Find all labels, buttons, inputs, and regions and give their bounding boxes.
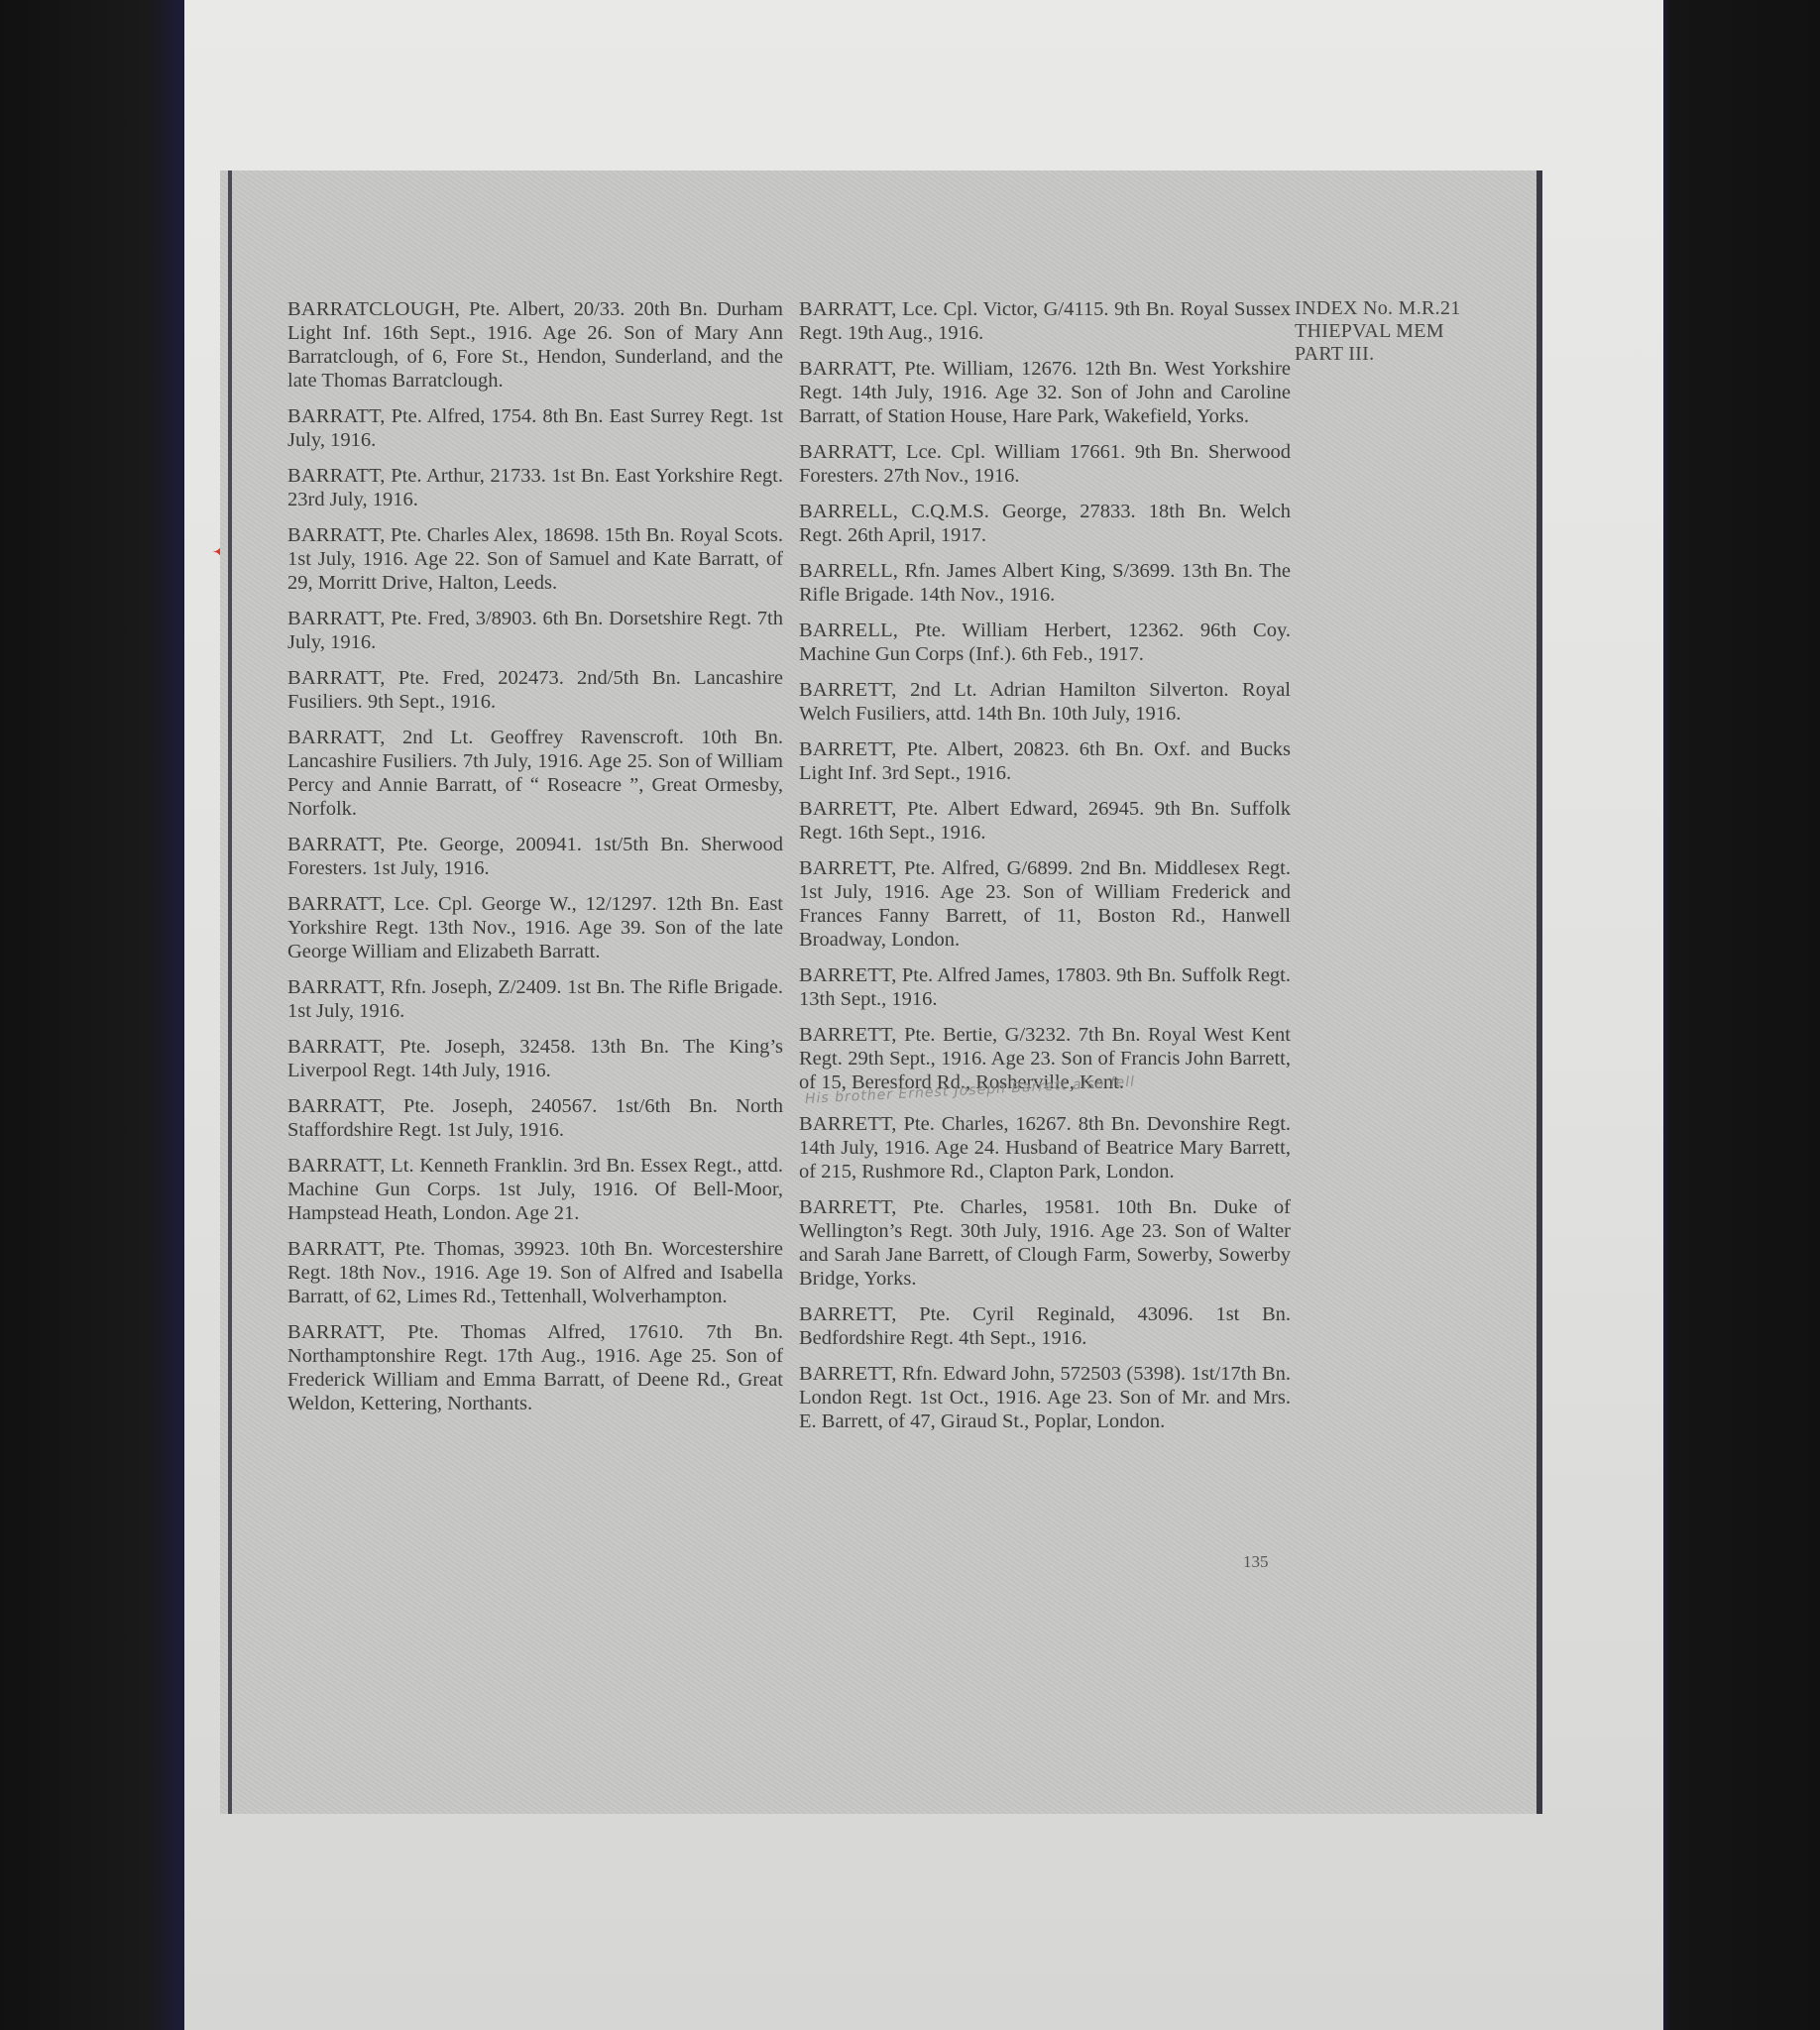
dark-background-right — [1661, 0, 1820, 2030]
dark-background-left — [0, 0, 184, 2030]
register-entry: BARRATT, Pte. Joseph, 32458. 13th Bn. Th… — [287, 1035, 783, 1082]
register-entry: BARRATT, Pte. Fred, 202473. 2nd/5th Bn. … — [287, 666, 783, 714]
entry-surname: BARRETT, — [799, 857, 897, 879]
register-entry: BARRATT, 2nd Lt. Geoffrey Ravenscroft. 1… — [287, 726, 783, 821]
entry-surname: BARRETT, — [799, 798, 897, 820]
register-entry: BARRATT, Pte. George, 200941. 1st/5th Bn… — [287, 833, 783, 880]
entry-surname: BARRETT, — [799, 1024, 897, 1046]
entry-surname: BARRATT, — [287, 1321, 386, 1343]
register-entry: BARRELL, C.Q.M.S. George, 27833. 18th Bn… — [799, 500, 1291, 547]
entry-surname: BARRATCLOUGH, — [287, 298, 460, 320]
register-column-right: BARRATT, Lce. Cpl. Victor, G/4115. 9th B… — [799, 297, 1291, 1445]
register-entry: BARRELL, Pte. William Herbert, 12362. 96… — [799, 619, 1291, 666]
memorial-name: THIEPVAL MEM — [1295, 320, 1493, 343]
entry-surname: BARRATT, — [287, 1095, 386, 1117]
photocopy-right-border — [1536, 170, 1542, 1814]
photocopy-left-border — [228, 170, 232, 1814]
part-number: PART III. — [1295, 343, 1493, 366]
register-entry: BARRETT, Pte. Albert Edward, 26945. 9th … — [799, 797, 1291, 845]
entry-surname: BARRATT, — [287, 524, 386, 546]
entry-surname: BARRATT, — [799, 441, 897, 463]
register-entry: BARRETT, Pte. Charles, 16267. 8th Bn. De… — [799, 1112, 1291, 1184]
entry-surname: BARRETT, — [799, 738, 897, 760]
register-entry: BARRATT, Pte. Charles Alex, 18698. 15th … — [287, 523, 783, 595]
register-entry: BARRATT, Lt. Kenneth Franklin. 3rd Bn. E… — [287, 1154, 783, 1225]
entry-surname: BARRETT, — [799, 1363, 897, 1385]
entry-surname: BARRETT, — [799, 1113, 897, 1135]
entry-surname: BARRATT, — [799, 298, 897, 320]
register-entry: BARRETT, Rfn. Edward John, 572503 (5398)… — [799, 1362, 1291, 1433]
entry-surname: BARRETT, — [799, 1303, 897, 1325]
entry-surname: BARRATT, — [287, 976, 386, 998]
register-entry: BARRATT, Rfn. Joseph, Z/2409. 1st Bn. Th… — [287, 975, 783, 1023]
register-entry: BARRATT, Pte. William, 12676. 12th Bn. W… — [799, 357, 1291, 428]
register-entry: BARRATT, Pte. Thomas Alfred, 17610. 7th … — [287, 1320, 783, 1415]
register-entry: BARRATT, Lce. Cpl. William 17661. 9th Bn… — [799, 440, 1291, 488]
register-entry: BARRATT, Pte. Arthur, 21733. 1st Bn. Eas… — [287, 464, 783, 511]
register-entry: BARRETT, Pte. Alfred James, 17803. 9th B… — [799, 963, 1291, 1011]
entry-surname: BARRATT, — [287, 1238, 386, 1260]
register-entry: BARRETT, Pte. Alfred, G/6899. 2nd Bn. Mi… — [799, 856, 1291, 952]
entry-surname: BARRATT, — [287, 405, 386, 427]
entry-surname: BARRATT, — [287, 1155, 386, 1177]
register-entry: BARRELL, Rfn. James Albert King, S/3699.… — [799, 559, 1291, 607]
register-entry: BARRATCLOUGH, Pte. Albert, 20/33. 20th B… — [287, 297, 783, 393]
register-entry: BARRETT, Pte. Charles, 19581. 10th Bn. D… — [799, 1195, 1291, 1291]
entry-surname: BARRELL, — [799, 501, 898, 522]
index-number: INDEX No. M.R.21 — [1295, 297, 1493, 320]
entry-surname: BARRATT, — [287, 667, 386, 689]
entry-surname: BARRETT, — [799, 964, 897, 986]
entry-surname: BARRATT, — [287, 834, 386, 855]
index-header: INDEX No. M.R.21 THIEPVAL MEM PART III. — [1295, 297, 1493, 366]
register-column-left: BARRATCLOUGH, Pte. Albert, 20/33. 20th B… — [287, 297, 783, 1427]
entry-surname: BARRELL, — [799, 560, 898, 582]
entry-surname: BARRATT, — [287, 727, 386, 748]
entry-surname: BARRATT, — [287, 465, 386, 487]
memorial-register-page: BARRATCLOUGH, Pte. Albert, 20/33. 20th B… — [220, 170, 1542, 1814]
register-entry: BARRETT, Pte. Bertie, G/3232. 7th Bn. Ro… — [799, 1023, 1291, 1106]
register-entry: BARRETT, Pte. Cyril Reginald, 43096. 1st… — [799, 1302, 1291, 1350]
register-entry: BARRETT, Pte. Albert, 20823. 6th Bn. Oxf… — [799, 737, 1291, 785]
entry-surname: BARRETT, — [799, 1196, 897, 1218]
entry-surname: BARRATT, — [287, 608, 386, 629]
register-entry: BARRETT, 2nd Lt. Adrian Hamilton Silvert… — [799, 678, 1291, 726]
register-entry: BARRATT, Pte. Thomas, 39923. 10th Bn. Wo… — [287, 1237, 783, 1308]
page-number: 135 — [1243, 1552, 1269, 1572]
register-entry: BARRATT, Pte. Joseph, 240567. 1st/6th Bn… — [287, 1094, 783, 1142]
register-entry: BARRATT, Pte. Fred, 3/8903. 6th Bn. Dors… — [287, 607, 783, 654]
entry-surname: BARRATT, — [799, 358, 897, 380]
register-entry: BARRATT, Lce. Cpl. George W., 12/1297. 1… — [287, 892, 783, 963]
entry-surname: BARRETT, — [799, 679, 897, 701]
entry-surname: BARRELL, — [799, 620, 898, 641]
entry-surname: BARRATT, — [287, 893, 386, 915]
entry-surname: BARRATT, — [287, 1036, 386, 1058]
register-entry: BARRATT, Pte. Alfred, 1754. 8th Bn. East… — [287, 404, 783, 452]
register-entry: BARRATT, Lce. Cpl. Victor, G/4115. 9th B… — [799, 297, 1291, 345]
